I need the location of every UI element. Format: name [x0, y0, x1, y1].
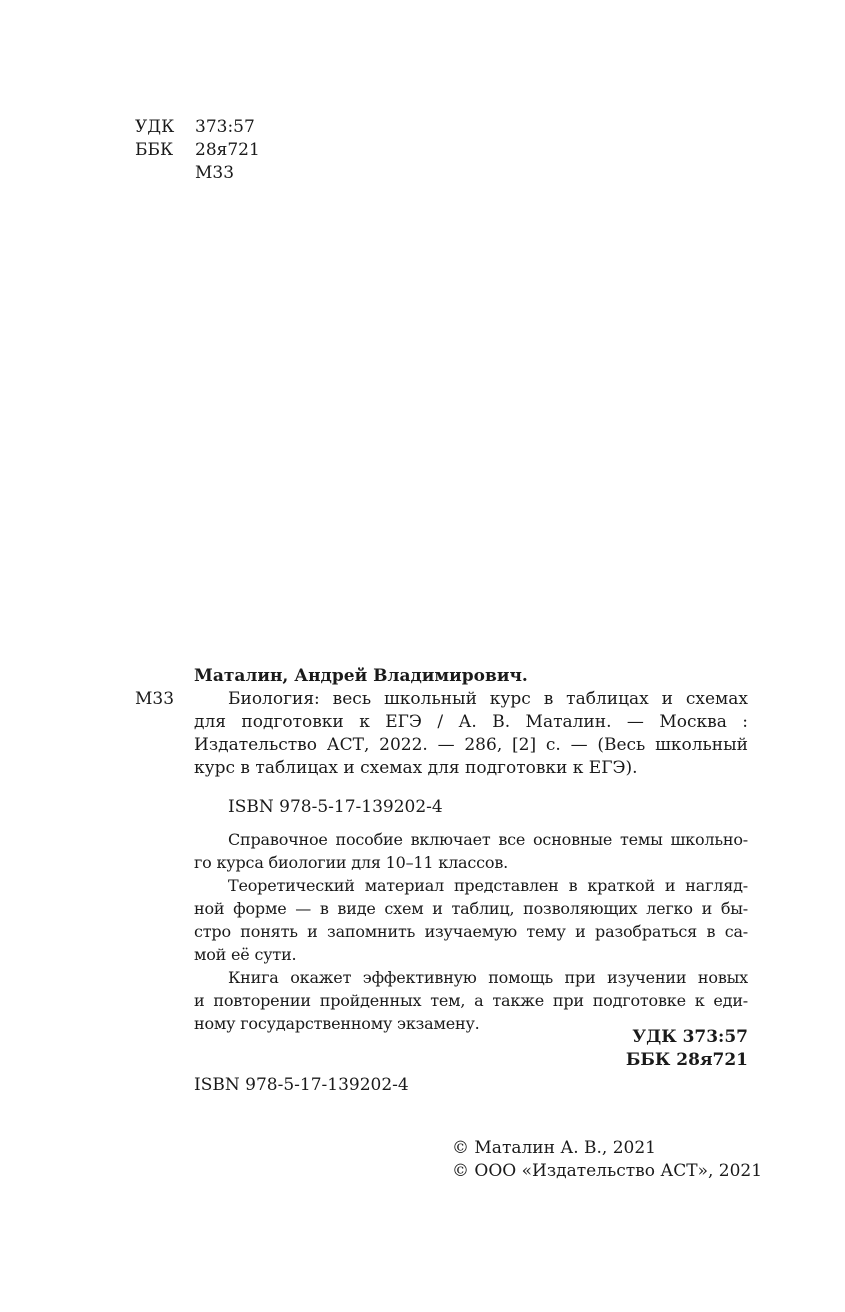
udk-label: УДК — [135, 116, 195, 139]
annotation-paragraph: Книга окажет эффективную помощь при изуч… — [194, 966, 748, 1035]
copyright-publisher: © ООО «Издательство АСТ», 2021 — [452, 1160, 762, 1183]
isbn-catalog: ISBN 978-5-17-139202-4 — [228, 796, 782, 819]
description-line: курс в таблицах и схемах для подготовки … — [194, 757, 748, 780]
description-line: для подготовки к ЕГЭ / А. В. Маталин. — … — [194, 711, 748, 734]
copyright-author: © Маталин А. В., 2021 — [452, 1137, 762, 1160]
bbk-row: ББК 28я721 — [135, 139, 260, 162]
annotation-line: стро понять и запомнить изучаемую тему и… — [194, 920, 748, 943]
annotation-paragraph: Справочное пособие включает все основные… — [194, 828, 748, 874]
description-line: Биология: весь школьный курс в таблицах … — [194, 688, 748, 711]
annotation-line: ной форме — в виде схем и таблиц, позвол… — [194, 897, 748, 920]
annotation: Справочное пособие включает все основные… — [194, 828, 748, 1035]
bbk-code: ББК 28я721 — [194, 1049, 748, 1072]
author-mark-value: М33 — [195, 162, 234, 185]
udk-row: УДК 373:57 — [135, 116, 260, 139]
author-mark-label — [135, 162, 195, 185]
author-heading: Маталин, Андрей Владимирович. — [194, 665, 748, 688]
bottom-classification-codes: УДК 373:57 ББК 28я721 — [194, 1026, 748, 1072]
copyright-block: © Маталин А. В., 2021 © ООО «Издательств… — [452, 1137, 762, 1183]
bbk-value: 28я721 — [195, 139, 260, 162]
author-mark-row: М33 — [135, 162, 260, 185]
annotation-line: Теоретический материал представлен в кра… — [194, 874, 748, 897]
udk-value: 373:57 — [195, 116, 255, 139]
top-classification-codes: УДК 373:57 ББК 28я721 М33 — [135, 116, 260, 185]
annotation-paragraph: Теоретический материал представлен в кра… — [194, 874, 748, 966]
annotation-line: мой её сути. — [194, 943, 748, 966]
isbn-bottom: ISBN 978-5-17-139202-4 — [194, 1074, 748, 1097]
bbk-label: ББК — [135, 139, 195, 162]
description-line: Издательство АСТ, 2022. — 286, [2] с. — … — [194, 734, 748, 757]
udk-code: УДК 373:57 — [194, 1026, 748, 1049]
annotation-line: Книга окажет эффективную помощь при изуч… — [194, 966, 748, 989]
annotation-line: и повторении пройденных тем, а также при… — [194, 989, 748, 1012]
annotation-line: Справочное пособие включает все основные… — [194, 828, 748, 851]
bibliographic-description: Биология: весь школьный курс в таблицах … — [194, 688, 748, 780]
annotation-line: го курса биологии для 10–11 классов. — [194, 851, 748, 874]
author-mark: М33 — [135, 688, 174, 711]
